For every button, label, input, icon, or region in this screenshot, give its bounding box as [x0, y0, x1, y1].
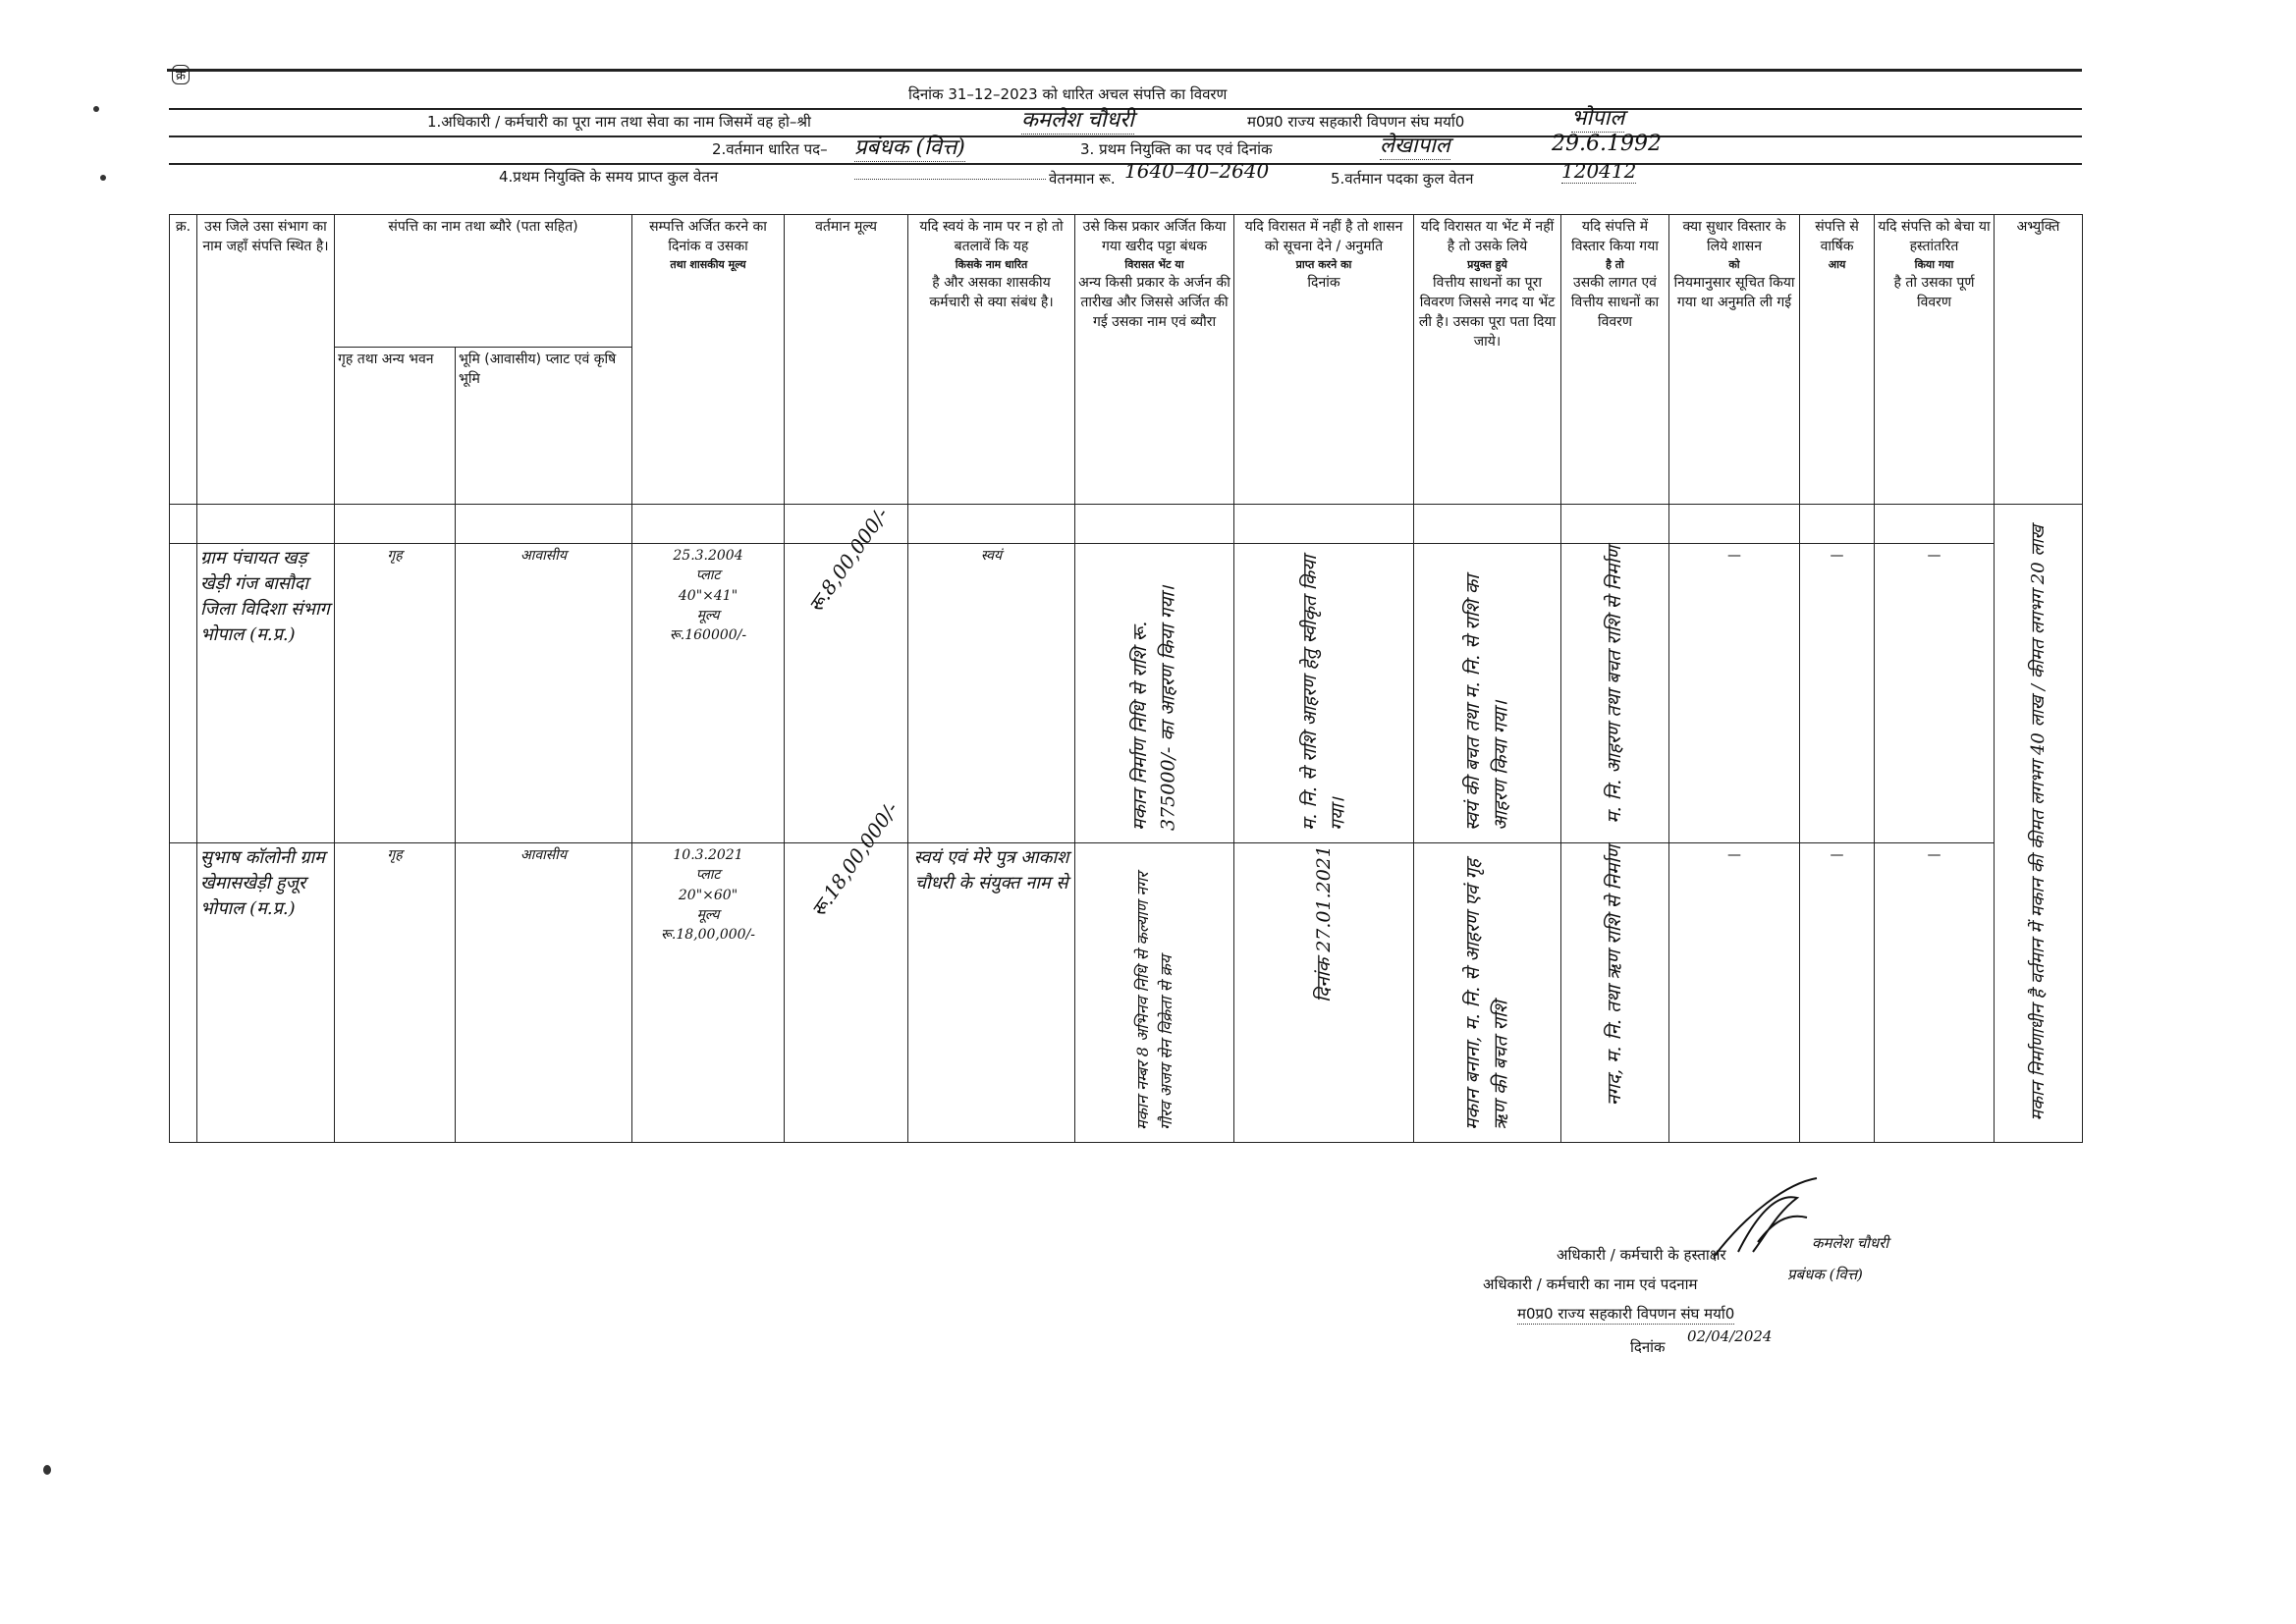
signature-org-label: म0प्र0 राज्य सहकारी विपणन संघ मर्या0 — [1517, 1304, 1734, 1325]
line3-label: 3. प्रथम नियुक्ति का पद एवं दिनांक — [1080, 139, 1273, 159]
date-label: दिनांक — [1630, 1337, 1666, 1357]
line1-label: 1.अधिकारी / कर्मचारी का पूरा नाम तथा सेव… — [427, 112, 811, 132]
row1-how-acquired: मकान निर्माण निधि से राशि रू. 375000/- क… — [1075, 544, 1234, 843]
first-appointment-date: 29.6.1992 — [1552, 132, 1662, 156]
row2-land: आवासीय — [456, 843, 632, 1143]
row2-acq-date: 10.3.2021 प्लाट 20"×60" मूल्य रू.18,00,0… — [632, 843, 785, 1143]
line2-label: 2.वर्तमान धारित पद– — [712, 139, 828, 159]
table-row: सुभाष कॉलोनी ग्राम खेमासखेड़ी हुजूर भोपा… — [170, 843, 2083, 1143]
scan-speck — [43, 1465, 51, 1475]
remarks-cell: मकान निर्माणाधीन है वर्तमान में मकान की … — [1995, 505, 2083, 1143]
designation-value: प्रबंधक (वित्त) — [1787, 1265, 1863, 1284]
col-acq-date-header: सम्पत्ति अर्जित करने का दिनांक व उसकातथा… — [632, 215, 785, 505]
row2-current-value: रू.18,00,000/- — [785, 843, 908, 1143]
col-govt-info-header: यदि विरासत में नहीं है तो शासन को सूचना … — [1234, 215, 1414, 505]
row2-income: — — [1800, 843, 1875, 1143]
first-post-value: लेखापाल — [1380, 130, 1450, 160]
col-serial-header: क्र. — [170, 215, 197, 505]
col-land-header: भूमि (आवासीय) प्लाट एवं कृषि भूमि — [456, 348, 632, 505]
col-expansion-header: यदि संपत्ति में विस्तार किया गयाहै तोउसक… — [1561, 215, 1669, 505]
row2-how-acquired: मकान नम्बर 8 अभिनव निधि से कल्याण नगर गौ… — [1075, 843, 1234, 1143]
row2-expansion: नगद, म. नि. तथा ऋण राशि से निर्माण — [1561, 843, 1669, 1143]
org-location-value: भोपाल — [1571, 102, 1624, 133]
form-title: दिनांक 31–12–2023 को धारित अचल संपत्ति क… — [908, 84, 1227, 104]
pay-scale-label: वेतनमान रू. — [1049, 169, 1116, 189]
header-row: क्र. उस जिले उसा संभाग का नाम जहाँ संपत्… — [170, 215, 2083, 348]
line5-label: 5.वर्तमान पदका कुल वेतन — [1331, 169, 1473, 189]
row1-expansion: म. नि. आहरण तथा बचत राशि से निर्माण — [1561, 544, 1669, 843]
table-row: ग्राम पंचायत खड़ खेड़ी गंज बासौदा जिला व… — [170, 544, 2083, 843]
date-value: 02/04/2024 — [1687, 1327, 1772, 1345]
spacer-row: मकान निर्माणाधीन है वर्तमान में मकान की … — [170, 505, 2083, 544]
row1-finance: स्वयं की बचत तथा म. नि. से राशि का आहरण … — [1414, 544, 1561, 843]
employee-name-value: कमलेश चौधरी — [1021, 104, 1134, 135]
top-border — [167, 69, 2082, 72]
col-sold-header: यदि संपत्ति को बेचा या हस्तांतरितकिया गय… — [1875, 215, 1995, 505]
row2-house: गृह — [335, 843, 456, 1143]
col-finance-header: यदि विरासत या भेंट में नहीं है तो उसके ल… — [1414, 215, 1561, 505]
row2-district: सुभाष कॉलोनी ग्राम खेमासखेड़ी हुजूर भोपा… — [197, 843, 335, 1143]
scan-speck — [93, 106, 99, 112]
pay-scale-value: 1640–40–2640 — [1124, 159, 1269, 183]
dotted-blank — [854, 179, 1046, 180]
divider — [169, 135, 2082, 137]
current-post-value: प्रबंधक (वित्त) — [854, 132, 965, 162]
col-how-acquired-header: उसे किस प्रकार अर्जित किया गया खरीद पट्ट… — [1075, 215, 1234, 505]
row1-land: आवासीय — [456, 544, 632, 843]
row2-serial — [170, 843, 197, 1143]
signature-value: कमलेश चौधरी — [1812, 1233, 1888, 1253]
scan-speck — [100, 175, 106, 181]
row1-income: — — [1800, 544, 1875, 843]
signature-label: अधिकारी / कर्मचारी के हस्ताक्षर — [1557, 1245, 1726, 1265]
name-designation-label: अधिकारी / कर्मचारी का नाम एवं पदनाम — [1483, 1274, 1697, 1294]
col-improvement-header: क्या सुधार विस्तार के लिये शासनकोनियमानु… — [1669, 215, 1800, 505]
col-house-header: गृह तथा अन्य भवन — [335, 348, 456, 505]
row2-govt-info: दिनांक 27.01.2021 — [1234, 843, 1414, 1143]
row2-owner: स्वयं एवं मेरे पुत्र आकाश चौधरी के संयुक… — [908, 843, 1075, 1143]
col-district-header: उस जिले उसा संभाग का नाम जहाँ संपत्ति स्… — [197, 215, 335, 505]
row1-sold: — — [1875, 544, 1995, 843]
row1-acq-date: 25.3.2004 प्लाट 40"×41" मूल्य रू.160000/… — [632, 544, 785, 843]
current-salary-value: 120412 — [1561, 159, 1636, 184]
col-remarks-header: अभ्युक्ति — [1995, 215, 2083, 505]
property-table: क्र. उस जिले उसा संभाग का नाम जहाँ संपत्… — [169, 214, 2083, 1143]
row2-improvement: — — [1669, 843, 1800, 1143]
signature-scribble-icon — [1709, 1173, 1827, 1262]
row1-district: ग्राम पंचायत खड़ खेड़ी गंज बासौदा जिला व… — [197, 544, 335, 843]
row1-house: गृह — [335, 544, 456, 843]
col-owner-header: यदि स्वयं के नाम पर न हो तो बतलावें कि य… — [908, 215, 1075, 505]
corner-mark: क्र — [172, 65, 190, 84]
line4-label: 4.प्रथम नियुक्ति के समय प्राप्त कुल वेतन — [499, 167, 718, 187]
col-income-header: संपत्ति से वार्षिकआय — [1800, 215, 1875, 505]
line1-org-label: म0प्र0 राज्य सहकारी विपणन संघ मर्या0 — [1247, 112, 1464, 132]
row2-finance: मकान बनाना, म. नि. से आहरण एवं गृह ऋण की… — [1414, 843, 1561, 1143]
row1-govt-info: म. नि. से राशि आहरण हेतु स्वीकृत किया गय… — [1234, 544, 1414, 843]
col-current-value-header: वर्तमान मूल्य — [785, 215, 908, 505]
row2-sold: — — [1875, 843, 1995, 1143]
scanned-form-page: क्र दिनांक 31–12–2023 को धारित अचल संपत्… — [0, 0, 2296, 1624]
col-property-header: संपत्ति का नाम तथा ब्यौरे (पता सहित) — [335, 215, 632, 348]
row1-current-value: रू.8,00,000/- — [785, 544, 908, 843]
row1-serial — [170, 544, 197, 843]
row1-improvement: — — [1669, 544, 1800, 843]
row1-owner: स्वयं — [908, 544, 1075, 843]
